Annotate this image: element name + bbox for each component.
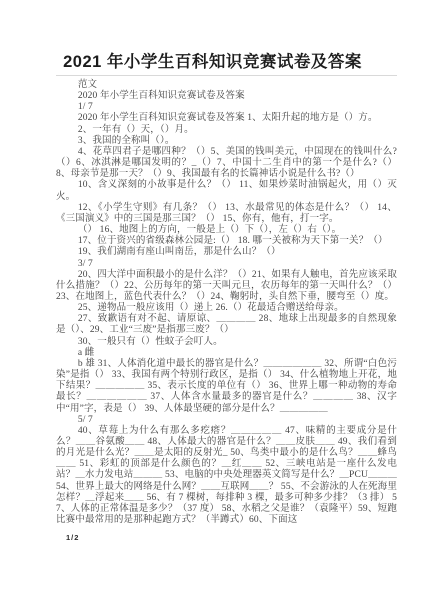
paragraph: 范文 [56,80,397,91]
paragraph: 2、一年有（）天，（）月。 [56,125,397,136]
paragraph: 2020 年小学生百科知识竞赛试卷及答案 [56,91,397,102]
paragraph: 3/ 7 [56,259,397,270]
paragraph: 1/ 7 [56,102,397,113]
paragraph: 4、花草四君子是哪四种？（）5、美国的钱叫美元，中国现在的钱叫什么?（）6、冰淇… [56,147,397,180]
paragraph: 2020 年小学生百科知识竞赛试卷及答案 1、太阳升起的地方是（）方。 [56,113,397,124]
paragraph: 10、含义深刻的小故事是什么？（） 11、如果炒菜时油锅起火，用（）灭火。 [56,180,397,202]
document-body: 范文 2020 年小学生百科知识竞赛试卷及答案 1/ 7 2020 年小学生百科… [56,80,397,526]
paragraph: 40、草莓上为什么有那么多疙瘩？＿＿＿＿＿ 47、味精的主要成分是什么？＿＿谷氨… [56,426,397,526]
paragraph: （） 16、地图上的方向，一般是上（）下（），左（）右（）。 [56,225,397,236]
paragraph: 25、递物品一般应该用（）递上 26.（）花最适合赠送给母亲。 [56,303,397,314]
document-page: 2021 年小学生百科知识竞赛试卷及答案 范文 2020 年小学生百科知识竞赛试… [0,0,424,600]
paragraph: b 雄 31、人体消化道中最长的器官是什么？＿＿＿＿＿＿ 32、所谓“白色污染”… [56,359,397,415]
paragraph: 12、《小学生守则》有几条？（） 13、水最常见的体态是什么？（） 14、《三国… [56,203,397,225]
paragraph: 30、一般只有（）性蚊子会叮人。 [56,337,397,348]
paragraph: 19、我们湖南有座山叫南岳，那是什么山？（） [56,247,397,258]
paragraph: 3、我国的全称叫（）。 [56,136,397,147]
paragraph: a 雌 [56,348,397,359]
page-title: 2021 年小学生百科知识竞赛试卷及答案 [42,52,383,72]
paragraph: 17、位于资兴的省级森林公园是:（） 18. 哪一关被称为天下第一关？（） [56,236,397,247]
document-header: 2021 年小学生百科知识竞赛试卷及答案 [56,52,397,76]
paragraph: 27、致歉语有对不起、请原谅、＿＿＿＿ 28、地球上出现最多的自然现象是（）、2… [56,314,397,336]
paragraph: 5/ 7 [56,415,397,426]
page-number: 1/2 [66,533,397,542]
paragraph: 20、四大洋中面积最小的是什么洋？（）21、如果有人触电，首先应该采取什么措施？… [56,270,397,303]
